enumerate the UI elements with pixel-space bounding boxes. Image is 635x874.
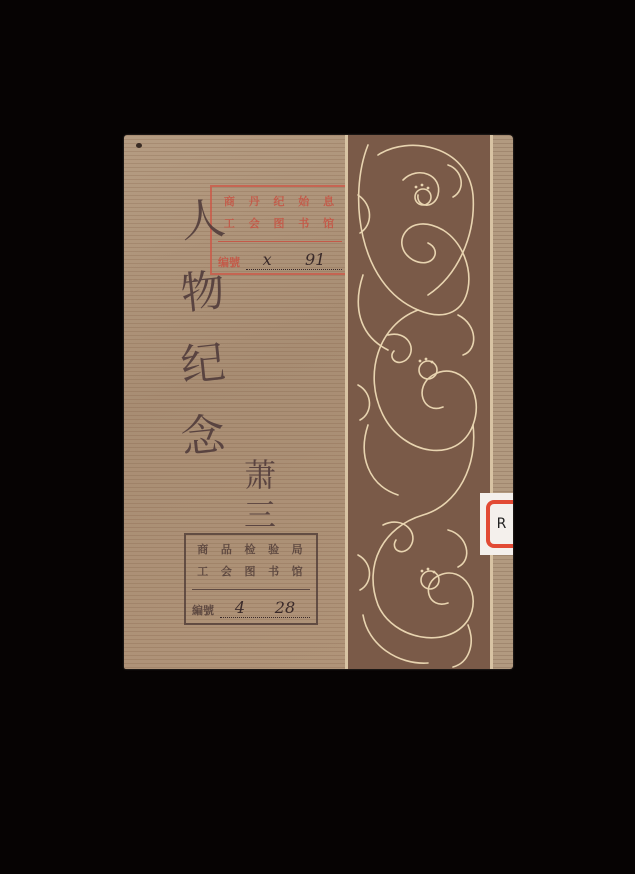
stamp-char: 馆 (323, 215, 336, 231)
stamp-number-part: 4 (235, 598, 245, 617)
title-char: 纪 (177, 327, 228, 403)
author-char: 萧 (244, 455, 276, 495)
author-name: 萧 三 (244, 455, 276, 535)
stamp-row-2: 工 会 图 书 馆 (186, 563, 316, 579)
shelf-label-text: R (497, 516, 507, 532)
author-char: 三 (244, 495, 276, 535)
stamp-char: 验 (268, 541, 281, 557)
stamp-char: 会 (249, 215, 262, 231)
cover-edge-strip (493, 135, 513, 669)
stamp-number-part: x (263, 250, 272, 269)
stamp-char: 馆 (292, 563, 305, 579)
stamp-field-value: x 91 (246, 250, 342, 270)
stamp-char: 图 (244, 563, 257, 579)
book-title: 人 物 纪 念 (168, 185, 238, 473)
stamp-number-part: 91 (305, 250, 325, 269)
title-char: 物 (177, 255, 228, 331)
stamp-char: 息 (323, 193, 336, 209)
ornamental-panel (345, 135, 493, 669)
stamp-char: 局 (292, 541, 305, 557)
stamp-char: 会 (221, 563, 234, 579)
title-char: 人 (177, 183, 228, 259)
punch-hole (136, 143, 142, 148)
stamp-number-field: 編號 4 28 (192, 589, 310, 618)
book-cover: 商 丹 纪 始 息 工 会 图 书 馆 编號 x 91 人 (124, 135, 513, 669)
stamp-char: 品 (221, 541, 234, 557)
stamp-char: 丹 (249, 193, 262, 209)
stamp-char: 商 (197, 541, 210, 557)
stamp-field-value: 4 28 (220, 598, 310, 618)
stamp-row-1: 商 品 检 验 局 (186, 541, 316, 557)
cover-paper: 商 丹 纪 始 息 工 会 图 书 馆 编號 x 91 人 (124, 135, 345, 669)
stamp-char: 书 (298, 215, 311, 231)
stamp-char: 书 (268, 563, 281, 579)
stamp-char: 检 (244, 541, 257, 557)
floral-scroll-ornament (348, 135, 490, 669)
stamp-char: 始 (298, 193, 311, 209)
title-char: 念 (177, 399, 228, 475)
stamp-char: 图 (273, 215, 286, 231)
stamp-char: 纪 (273, 193, 286, 209)
stamp-char: 工 (197, 563, 210, 579)
stamp-number-part: 28 (275, 598, 295, 617)
shelf-label-frame: R (486, 500, 513, 548)
library-stamp-dark: 商 品 检 验 局 工 会 图 书 馆 編號 4 28 (184, 533, 318, 625)
shelf-label: R (480, 493, 513, 555)
stamp-field-label: 編號 (192, 602, 214, 618)
